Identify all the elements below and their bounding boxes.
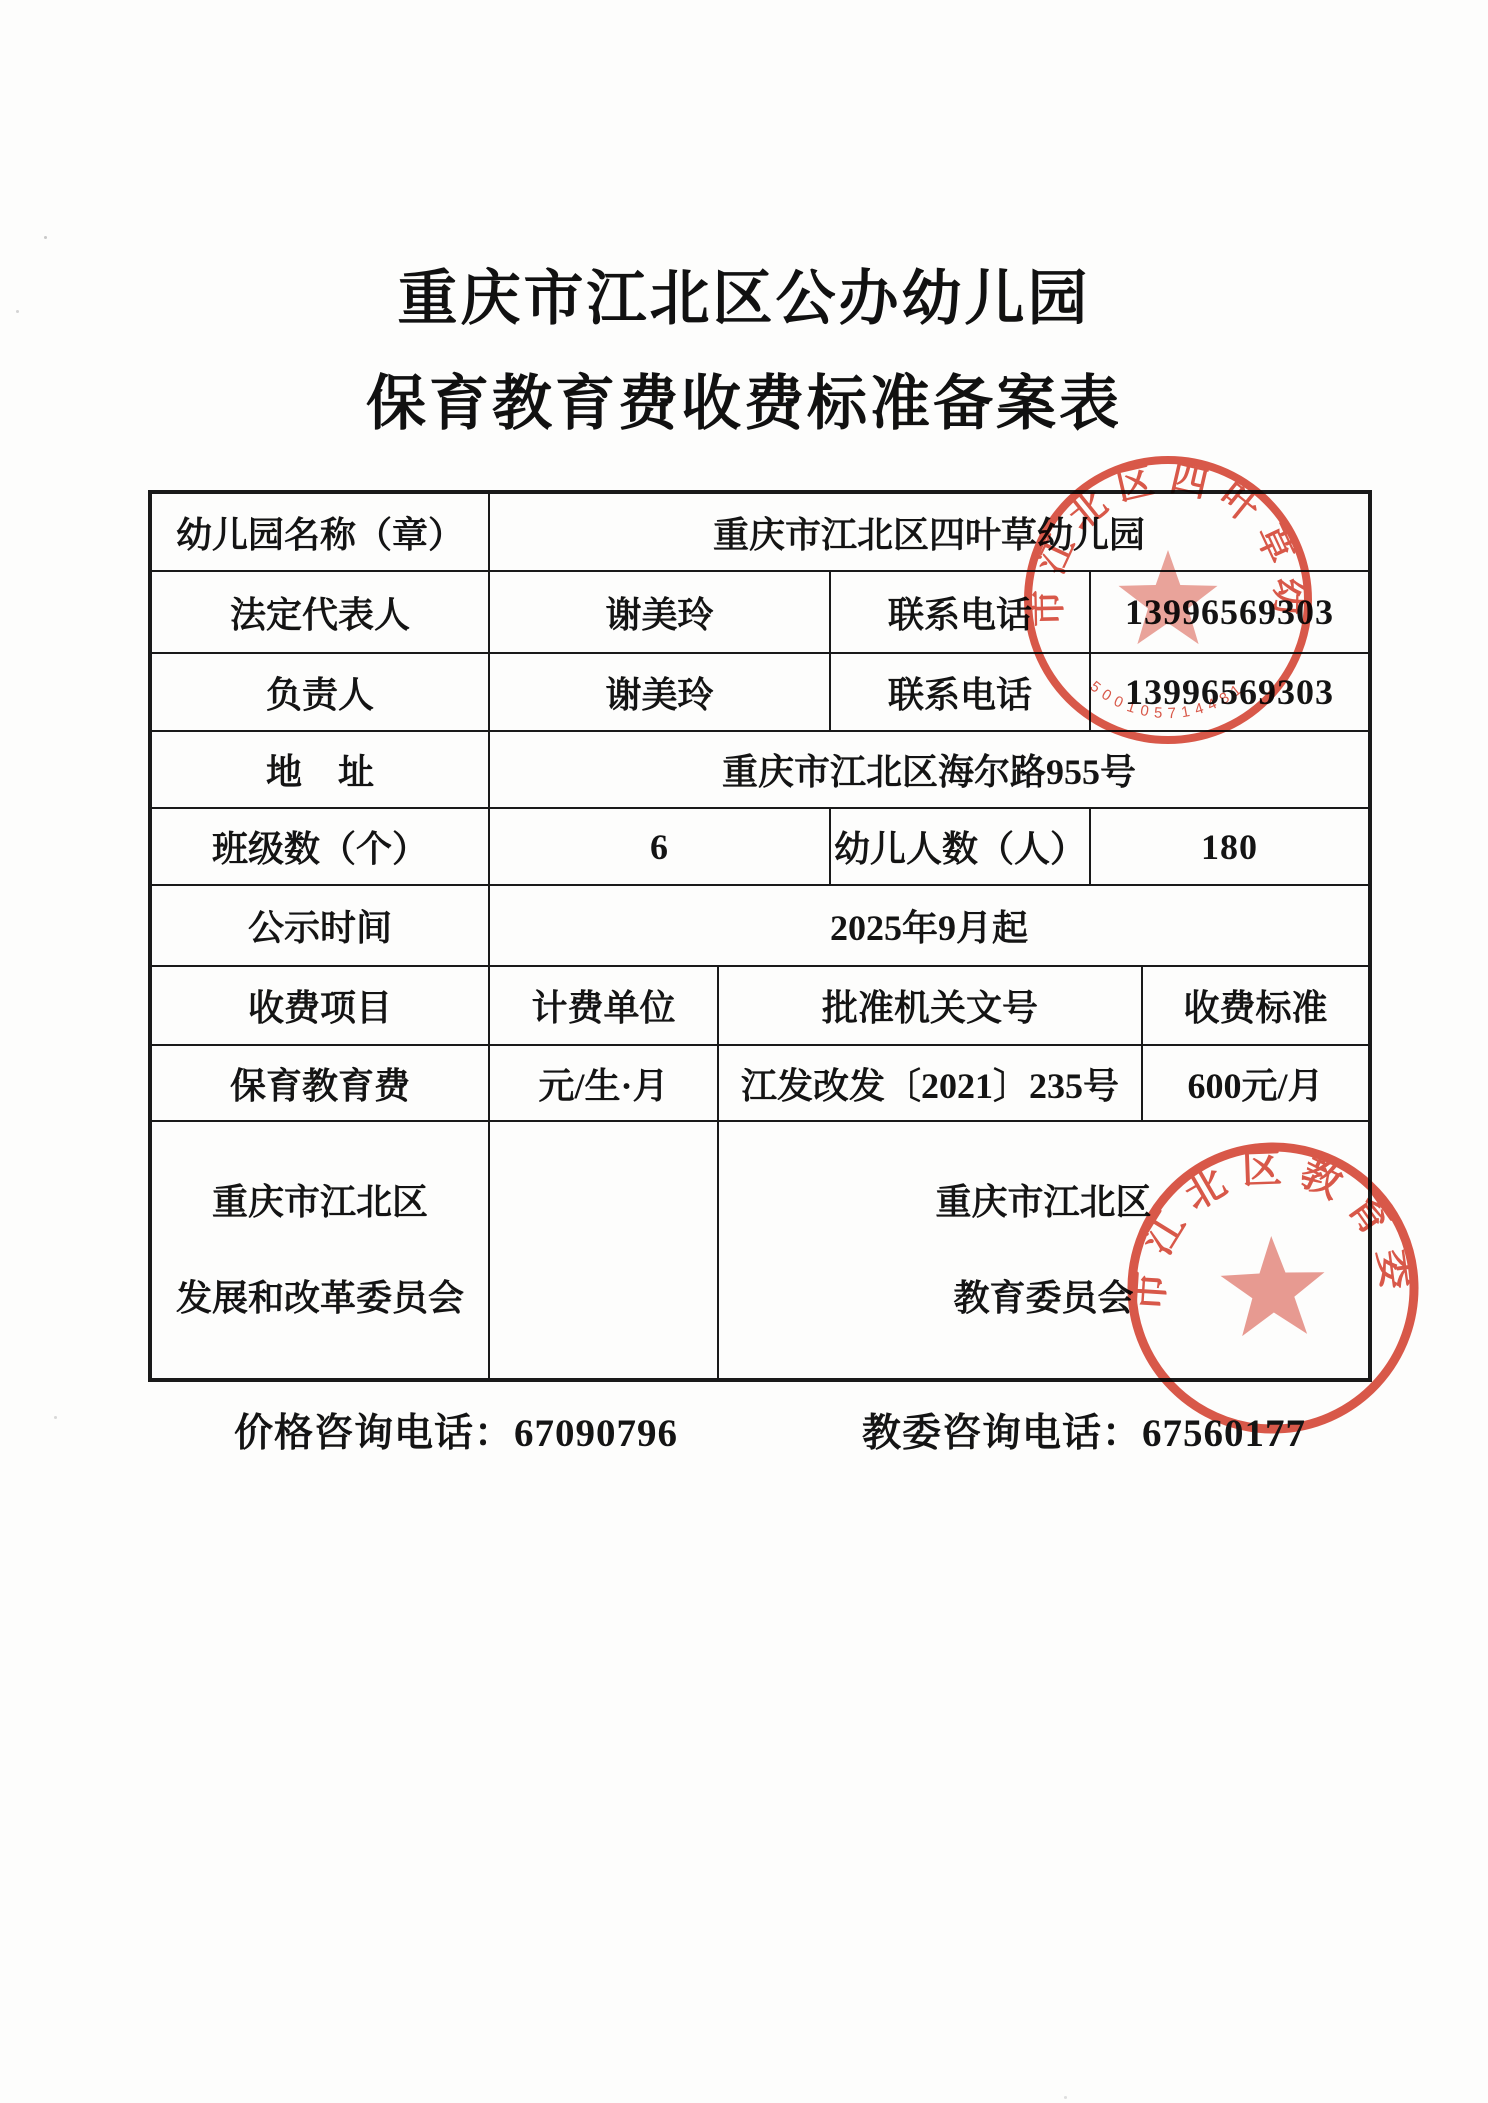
fee-header-standard: 收费标准 [1142,966,1370,1045]
committee-empty-cell [489,1121,718,1380]
publicity-label: 公示时间 [150,885,489,966]
address-value: 重庆市江北区海尔路955号 [489,731,1370,808]
document-title: 重庆市江北区公办幼儿园 保育教育费收费标准备案表 [0,246,1488,456]
row-kindergarten-name: 幼儿园名称（章） 重庆市江北区四叶草幼儿园 [150,492,1370,571]
edu-consult-phone: 教委咨询电话：67560177 [862,1402,1306,1458]
legal-rep-phone-value: 13996569303 [1090,571,1370,653]
children-label: 幼儿人数（人） [830,808,1090,885]
title-line-1: 重庆市江北区公办幼儿园 [0,246,1488,351]
row-committees: 重庆市江北区 发展和改革委员会 重庆市江北区 教育委员会 [150,1121,1370,1380]
committee-right-cell: 重庆市江北区 教育委员会 [718,1121,1370,1380]
fee-standard-value: 600元/月 [1142,1045,1370,1121]
children-value: 180 [1090,808,1370,885]
row-publicity: 公示时间 2025年9月起 [150,885,1370,966]
legal-rep-name: 谢美玲 [489,571,830,653]
fee-doc-value: 江发改发〔2021〕235号 [718,1045,1142,1121]
row-principal: 负责人 谢美玲 联系电话 13996569303 [150,653,1370,731]
filing-table: 幼儿园名称（章） 重庆市江北区四叶草幼儿园 法定代表人 谢美玲 联系电话 139… [148,490,1372,1382]
committee-left-line1: 重庆市江北区 [152,1180,488,1224]
fee-header-unit: 计费单位 [489,966,718,1045]
principal-phone-label: 联系电话 [830,653,1090,731]
committee-left-gap [152,1224,488,1276]
fee-unit-value: 元/生·月 [489,1045,718,1121]
committee-right-gap [719,1224,1368,1276]
legal-rep-label: 法定代表人 [150,571,489,653]
title-line-2: 保育教育费收费标准备案表 [0,351,1488,456]
document-page: 重庆市江北区公办幼儿园 保育教育费收费标准备案表 幼儿园名称（章） 重庆市江北区… [0,0,1488,2103]
committee-right-line1: 重庆市江北区 [719,1180,1368,1224]
kindergarten-name-label: 幼儿园名称（章） [150,492,489,571]
row-legal-rep: 法定代表人 谢美玲 联系电话 13996569303 [150,571,1370,653]
fee-header-doc: 批准机关文号 [718,966,1142,1045]
row-fee-values: 保育教育费 元/生·月 江发改发〔2021〕235号 600元/月 [150,1045,1370,1121]
principal-label: 负责人 [150,653,489,731]
row-address: 地 址 重庆市江北区海尔路955号 [150,731,1370,808]
row-fee-header: 收费项目 计费单位 批准机关文号 收费标准 [150,966,1370,1045]
fee-header-item: 收费项目 [150,966,489,1045]
principal-phone-value: 13996569303 [1090,653,1370,731]
price-consult-phone: 价格咨询电话：67090796 [234,1402,678,1458]
publicity-value: 2025年9月起 [489,885,1370,966]
classes-value: 6 [489,808,830,885]
fee-item-value: 保育教育费 [150,1045,489,1121]
committee-left-line2: 发展和改革委员会 [152,1276,488,1320]
principal-name: 谢美玲 [489,653,830,731]
classes-label: 班级数（个） [150,808,489,885]
address-label: 地 址 [150,731,489,808]
row-classes: 班级数（个） 6 幼儿人数（人） 180 [150,808,1370,885]
committee-right-line2: 教育委员会 [719,1276,1368,1320]
committee-left-cell: 重庆市江北区 发展和改革委员会 [150,1121,489,1380]
kindergarten-name-value: 重庆市江北区四叶草幼儿园 [489,492,1370,571]
scan-speck [44,236,47,239]
legal-rep-phone-label: 联系电话 [830,571,1090,653]
